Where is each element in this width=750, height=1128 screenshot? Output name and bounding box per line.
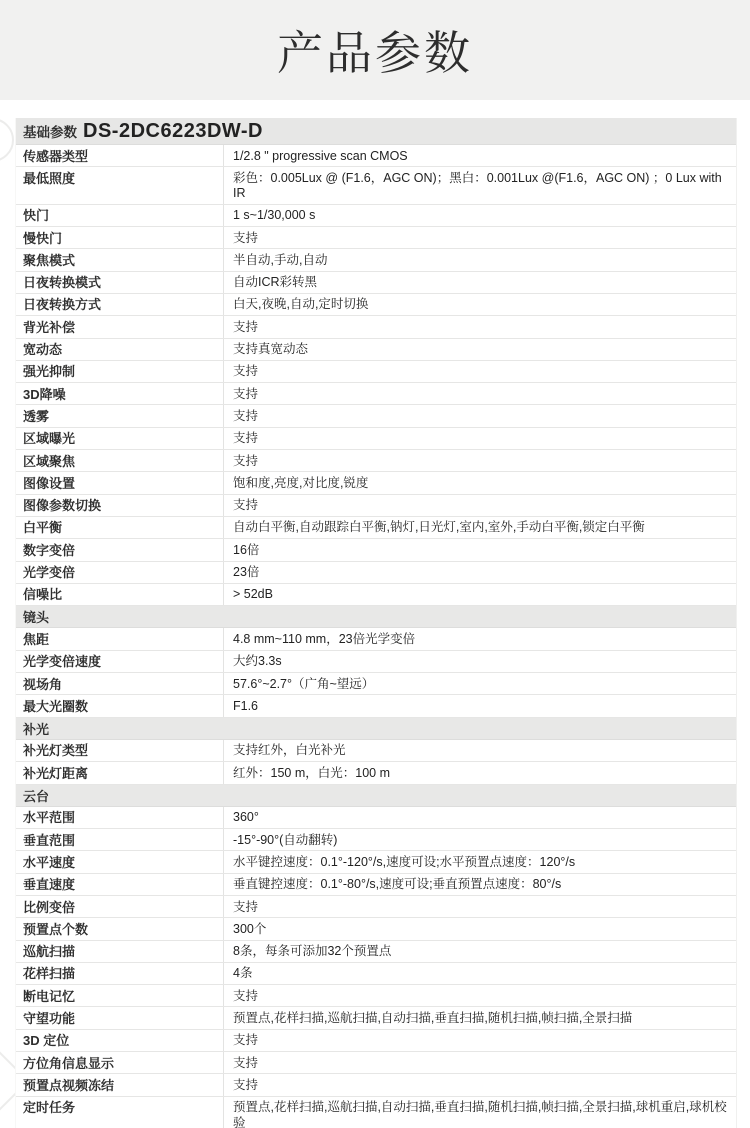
spec-label: 慢快门	[16, 227, 224, 248]
spec-row: 聚焦模式半自动,手动,自动	[16, 249, 736, 271]
spec-value: 1/2.8 " progressive scan CMOS	[224, 145, 736, 166]
spec-row: 信噪比> 52dB	[16, 584, 736, 606]
spec-row: 视场角57.6°~2.7°（广角~望远）	[16, 673, 736, 695]
spec-row: 垂直范围-15°-90°(自动翻转)	[16, 829, 736, 851]
spec-value: 1 s~1/30,000 s	[224, 205, 736, 226]
spec-row: 慢快门支持	[16, 227, 736, 249]
spec-row: 3D 定位支持	[16, 1030, 736, 1052]
spec-value: 支持	[224, 1074, 736, 1095]
spec-value: 支持	[224, 495, 736, 516]
spec-value: 300个	[224, 918, 736, 939]
spec-value: 支持	[224, 450, 736, 471]
spec-row: 守望功能预置点,花样扫描,巡航扫描,自动扫描,垂直扫描,随机扫描,帧扫描,全景扫…	[16, 1007, 736, 1029]
spec-row: 数字变倍16倍	[16, 539, 736, 561]
spec-label: 断电记忆	[16, 985, 224, 1006]
spec-label: 白平衡	[16, 517, 224, 538]
spec-value: 23倍	[224, 562, 736, 583]
section-header-row: 镜头	[16, 606, 736, 628]
basic-params-label: 基础参数	[23, 121, 77, 141]
spec-value: 57.6°~2.7°（广角~望远）	[224, 673, 736, 694]
spec-label: 宽动态	[16, 339, 224, 360]
spec-label: 补光灯类型	[16, 740, 224, 761]
spec-label: 定时任务	[16, 1097, 224, 1128]
spec-label: 预置点个数	[16, 918, 224, 939]
spec-value: 饱和度,亮度,对比度,锐度	[224, 472, 736, 493]
spec-value: 支持	[224, 405, 736, 426]
product-spec-page: 产品参数 基础参数 DS-2DC6223DW-D 传感器类型1/2.8 " pr…	[0, 0, 750, 1128]
spec-row: 焦距4.8 mm~110 mm，23倍光学变倍	[16, 628, 736, 650]
spec-value: 360°	[224, 807, 736, 828]
spec-row: 区域曝光支持	[16, 428, 736, 450]
spec-row: 日夜转换模式自动ICR彩转黑	[16, 272, 736, 294]
spec-label: 视场角	[16, 673, 224, 694]
spec-row: 宽动态支持真宽动态	[16, 339, 736, 361]
spec-row: 光学变倍23倍	[16, 562, 736, 584]
spec-label: 预置点视频冻结	[16, 1074, 224, 1095]
spec-value: 水平键控速度：0.1°-120°/s,速度可设;水平预置点速度：120°/s	[224, 851, 736, 872]
spec-label: 图像参数切换	[16, 495, 224, 516]
spec-row: 区域聚焦支持	[16, 450, 736, 472]
spec-row: 预置点个数300个	[16, 918, 736, 940]
page-title: 产品参数	[277, 17, 473, 83]
spec-table-header: 基础参数 DS-2DC6223DW-D	[16, 118, 736, 145]
spec-label: 强光抑制	[16, 361, 224, 382]
spec-row: 光学变倍速度大约3.3s	[16, 651, 736, 673]
spec-value: 支持真宽动态	[224, 339, 736, 360]
spec-value: 支持	[224, 896, 736, 917]
spec-row: 传感器类型1/2.8 " progressive scan CMOS	[16, 145, 736, 167]
spec-label: 区域曝光	[16, 428, 224, 449]
spec-row: 补光灯类型支持红外，白光补光	[16, 740, 736, 762]
spec-row: 方位角信息显示支持	[16, 1052, 736, 1074]
spec-row: 定时任务预置点,花样扫描,巡航扫描,自动扫描,垂直扫描,随机扫描,帧扫描,全景扫…	[16, 1097, 736, 1128]
spec-label: 光学变倍	[16, 562, 224, 583]
spec-row: 比例变倍支持	[16, 896, 736, 918]
spec-label: 传感器类型	[16, 145, 224, 166]
spec-label: 聚焦模式	[16, 249, 224, 270]
spec-label: 最大光圈数	[16, 695, 224, 716]
spec-row: 巡航扫描8条，每条可添加32个预置点	[16, 941, 736, 963]
spec-value: 自动白平衡,自动跟踪白平衡,钠灯,日光灯,室内,室外,手动白平衡,锁定白平衡	[224, 517, 736, 538]
spec-label: 图像设置	[16, 472, 224, 493]
spec-label: 光学变倍速度	[16, 651, 224, 672]
spec-value: 16倍	[224, 539, 736, 560]
spec-label: 焦距	[16, 628, 224, 649]
spec-row: 3D降噪支持	[16, 383, 736, 405]
spec-label: 水平速度	[16, 851, 224, 872]
spec-value: > 52dB	[224, 584, 736, 605]
spec-label: 日夜转换模式	[16, 272, 224, 293]
spec-label: 垂直范围	[16, 829, 224, 850]
spec-label: 比例变倍	[16, 896, 224, 917]
spec-value: 大约3.3s	[224, 651, 736, 672]
spec-table-body: 传感器类型1/2.8 " progressive scan CMOS最低照度彩色…	[16, 145, 736, 1128]
spec-label: 信噪比	[16, 584, 224, 605]
spec-label: 巡航扫描	[16, 941, 224, 962]
spec-value: F1.6	[224, 695, 736, 716]
spec-row: 快门1 s~1/30,000 s	[16, 205, 736, 227]
spec-row: 图像设置饱和度,亮度,对比度,锐度	[16, 472, 736, 494]
spec-row: 花样扫描4条	[16, 963, 736, 985]
spec-value: 预置点,花样扫描,巡航扫描,自动扫描,垂直扫描,随机扫描,帧扫描,全景扫描,球机…	[224, 1097, 736, 1128]
spec-label: 背光补偿	[16, 316, 224, 337]
page-header-banner: 产品参数	[0, 0, 750, 100]
product-model: DS-2DC6223DW-D	[83, 120, 263, 143]
spec-row: 透雾支持	[16, 405, 736, 427]
spec-value: 支持	[224, 428, 736, 449]
spec-row: 垂直速度垂直键控速度：0.1°-80°/s,速度可设;垂直预置点速度：80°/s	[16, 874, 736, 896]
spec-row: 图像参数切换支持	[16, 495, 736, 517]
decorative-circle-watermark	[0, 118, 14, 162]
section-header-row: 云台	[16, 785, 736, 807]
spec-value: 自动ICR彩转黑	[224, 272, 736, 293]
spec-value: 预置点,花样扫描,巡航扫描,自动扫描,垂直扫描,随机扫描,帧扫描,全景扫描	[224, 1007, 736, 1028]
spec-row: 强光抑制支持	[16, 361, 736, 383]
section-header-row: 补光	[16, 718, 736, 740]
spec-value: 红外：150 m，白光：100 m	[224, 762, 736, 783]
spec-value: 白天,夜晚,自动,定时切换	[224, 294, 736, 315]
spec-value: 支持	[224, 985, 736, 1006]
spec-label: 3D降噪	[16, 383, 224, 404]
spec-table: 基础参数 DS-2DC6223DW-D 传感器类型1/2.8 " progres…	[15, 118, 737, 1128]
spec-label: 3D 定位	[16, 1030, 224, 1051]
spec-row: 水平速度水平键控速度：0.1°-120°/s,速度可设;水平预置点速度：120°…	[16, 851, 736, 873]
spec-label: 日夜转换方式	[16, 294, 224, 315]
spec-label: 区域聚焦	[16, 450, 224, 471]
spec-value: 支持	[224, 1030, 736, 1051]
spec-value: 4.8 mm~110 mm，23倍光学变倍	[224, 628, 736, 649]
spec-row: 断电记忆支持	[16, 985, 736, 1007]
spec-value: 支持红外，白光补光	[224, 740, 736, 761]
spec-label: 花样扫描	[16, 963, 224, 984]
spec-value: 支持	[224, 316, 736, 337]
spec-label: 快门	[16, 205, 224, 226]
spec-row: 最低照度彩色：0.005Lux @ (F1.6，AGC ON)；黑白：0.001…	[16, 167, 736, 205]
spec-label: 补光灯距离	[16, 762, 224, 783]
spec-value: 支持	[224, 361, 736, 382]
spec-label: 透雾	[16, 405, 224, 426]
spec-row: 白平衡自动白平衡,自动跟踪白平衡,钠灯,日光灯,室内,室外,手动白平衡,锁定白平…	[16, 517, 736, 539]
spec-row: 最大光圈数F1.6	[16, 695, 736, 717]
spec-row: 水平范围360°	[16, 807, 736, 829]
spec-value: 垂直键控速度：0.1°-80°/s,速度可设;垂直预置点速度：80°/s	[224, 874, 736, 895]
spec-label: 垂直速度	[16, 874, 224, 895]
spec-value: 8条，每条可添加32个预置点	[224, 941, 736, 962]
spec-value: 支持	[224, 227, 736, 248]
spec-value: 支持	[224, 1052, 736, 1073]
spec-value: 彩色：0.005Lux @ (F1.6，AGC ON)；黑白：0.001Lux …	[224, 167, 736, 204]
spec-value: 支持	[224, 383, 736, 404]
spec-row: 预置点视频冻结支持	[16, 1074, 736, 1096]
spec-label: 水平范围	[16, 807, 224, 828]
spec-value: -15°-90°(自动翻转)	[224, 829, 736, 850]
spec-label: 守望功能	[16, 1007, 224, 1028]
spec-label: 数字变倍	[16, 539, 224, 560]
spec-row: 日夜转换方式白天,夜晚,自动,定时切换	[16, 294, 736, 316]
spec-label: 方位角信息显示	[16, 1052, 224, 1073]
spec-value: 半自动,手动,自动	[224, 249, 736, 270]
spec-value: 4条	[224, 963, 736, 984]
spec-row: 背光补偿支持	[16, 316, 736, 338]
spec-row: 补光灯距离红外：150 m，白光：100 m	[16, 762, 736, 784]
spec-label: 最低照度	[16, 167, 224, 204]
